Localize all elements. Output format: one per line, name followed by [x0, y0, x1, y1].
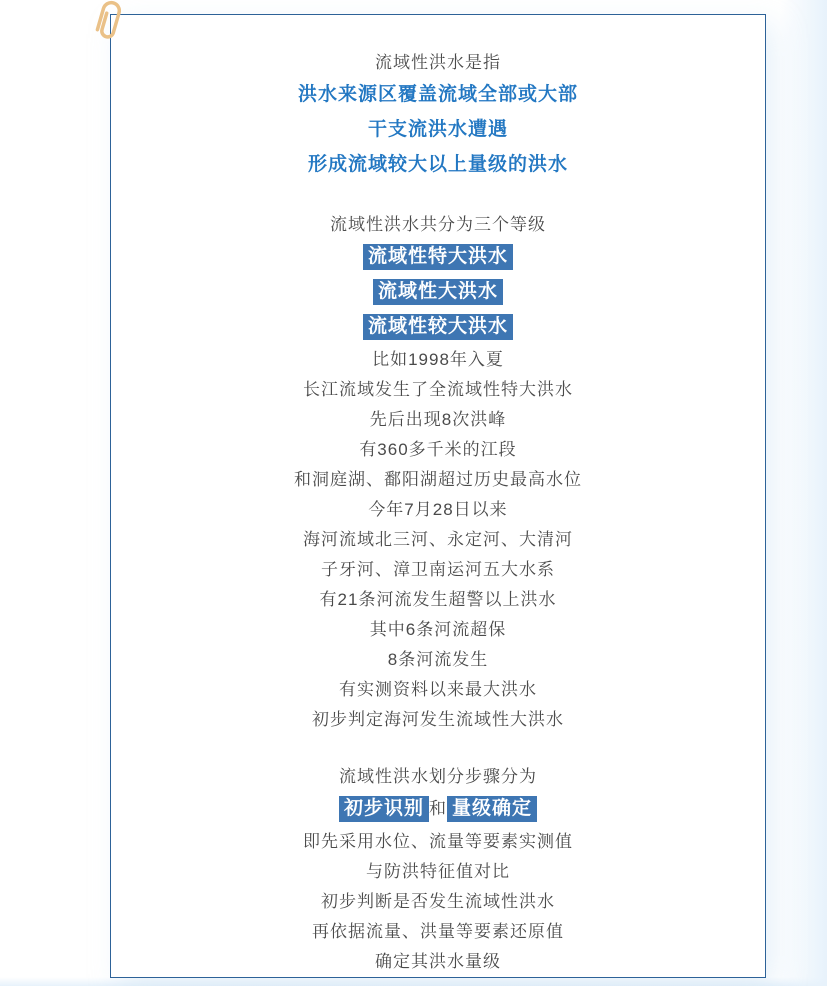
- highlighted-text: 流域性较大洪水: [363, 314, 513, 340]
- text-line: 流域性洪水共分为三个等级: [111, 210, 765, 240]
- body-text: 流域性洪水是指: [375, 53, 501, 72]
- body-text: 8条河流发生: [388, 650, 488, 669]
- body-text: 确定其洪水量级: [375, 952, 501, 971]
- background-tint-bottom: [0, 977, 827, 986]
- text-line: 和洞庭湖、鄱阳湖超过历史最高水位: [111, 465, 765, 495]
- text-line: 再依据流量、洪量等要素还原值: [111, 917, 765, 947]
- text-line: 有实测资料以来最大洪水: [111, 675, 765, 705]
- text-line: 流域性较大洪水: [111, 310, 765, 345]
- text-line: 干支流洪水遭遇: [111, 113, 765, 148]
- body-text: 海河流域北三河、永定河、大清河: [303, 530, 573, 549]
- text-line: 有360多千米的江段: [111, 435, 765, 465]
- page: { "colors": { "border": "#2d6298", "acce…: [0, 0, 827, 986]
- body-text: 再依据流量、洪量等要素还原值: [312, 922, 564, 941]
- text-line: 长江流域发生了全流域性特大洪水: [111, 375, 765, 405]
- text-line: 流域性洪水是指: [111, 48, 765, 78]
- text-line: 先后出现8次洪峰: [111, 405, 765, 435]
- text-line: 洪水来源区覆盖流域全部或大部: [111, 78, 765, 113]
- paragraph-block: 流域性洪水共分为三个等级流域性特大洪水流域性大洪水流域性较大洪水比如1998年入…: [111, 210, 765, 735]
- content-card: 流域性洪水是指洪水来源区覆盖流域全部或大部干支流洪水遭遇形成流域较大以上量级的洪…: [110, 14, 766, 978]
- text-line: 今年7月28日以来: [111, 495, 765, 525]
- body-text: 与防洪特征值对比: [366, 862, 510, 881]
- text-line: 初步识别和量级确定: [111, 792, 765, 827]
- text-line: 形成流域较大以上量级的洪水: [111, 148, 765, 183]
- body-text: 其中6条河流超保: [370, 620, 506, 639]
- text-line: 流域性大洪水: [111, 275, 765, 310]
- text-line: 初步判断是否发生流域性洪水: [111, 887, 765, 917]
- body-text: 有360多千米的江段: [359, 440, 516, 459]
- text-line: 与防洪特征值对比: [111, 857, 765, 887]
- highlighted-text: 流域性特大洪水: [363, 244, 513, 270]
- text-line: 初步判定海河发生流域性大洪水: [111, 705, 765, 735]
- article-body: 流域性洪水是指洪水来源区覆盖流域全部或大部干支流洪水遭遇形成流域较大以上量级的洪…: [111, 48, 765, 977]
- text-line: 比如1998年入夏: [111, 345, 765, 375]
- text-line: 其中6条河流超保: [111, 615, 765, 645]
- text-line: 海河流域北三河、永定河、大清河: [111, 525, 765, 555]
- body-text: 先后出现8次洪峰: [370, 410, 506, 429]
- paragraph-block: 流域性洪水划分步骤分为初步识别和量级确定即先采用水位、流量等要素实测值与防洪特征…: [111, 762, 765, 977]
- body-text: 初步判断是否发生流域性洪水: [321, 892, 555, 911]
- highlighted-text: 流域性大洪水: [373, 279, 503, 305]
- text-line: 子牙河、漳卫南运河五大水系: [111, 555, 765, 585]
- body-text: 有21条河流发生超警以上洪水: [320, 590, 557, 609]
- body-text: 流域性洪水划分步骤分为: [339, 767, 537, 786]
- text-line: 确定其洪水量级: [111, 947, 765, 977]
- background-tint-right: [779, 0, 827, 986]
- accent-text: 形成流域较大以上量级的洪水: [308, 154, 568, 175]
- body-text: 即先采用水位、流量等要素实测值: [303, 832, 573, 851]
- body-text: 流域性洪水共分为三个等级: [330, 215, 546, 234]
- highlighted-text: 初步识别: [339, 796, 429, 822]
- body-text: 和: [429, 799, 447, 818]
- accent-text: 洪水来源区覆盖流域全部或大部: [298, 84, 578, 105]
- text-line: 流域性特大洪水: [111, 240, 765, 275]
- body-text: 比如1998年入夏: [372, 350, 504, 369]
- body-text: 今年7月28日以来: [368, 500, 507, 519]
- accent-text: 干支流洪水遭遇: [368, 119, 508, 140]
- highlighted-text: 量级确定: [447, 796, 537, 822]
- body-text: 有实测资料以来最大洪水: [339, 680, 537, 699]
- body-text: 长江流域发生了全流域性特大洪水: [303, 380, 573, 399]
- body-text: 子牙河、漳卫南运河五大水系: [321, 560, 555, 579]
- body-text: 初步判定海河发生流域性大洪水: [312, 710, 564, 729]
- text-line: 流域性洪水划分步骤分为: [111, 762, 765, 792]
- text-line: 8条河流发生: [111, 645, 765, 675]
- body-text: 和洞庭湖、鄱阳湖超过历史最高水位: [294, 470, 582, 489]
- text-line: 即先采用水位、流量等要素实测值: [111, 827, 765, 857]
- text-line: 有21条河流发生超警以上洪水: [111, 585, 765, 615]
- paragraph-block: 流域性洪水是指洪水来源区覆盖流域全部或大部干支流洪水遭遇形成流域较大以上量级的洪…: [111, 48, 765, 183]
